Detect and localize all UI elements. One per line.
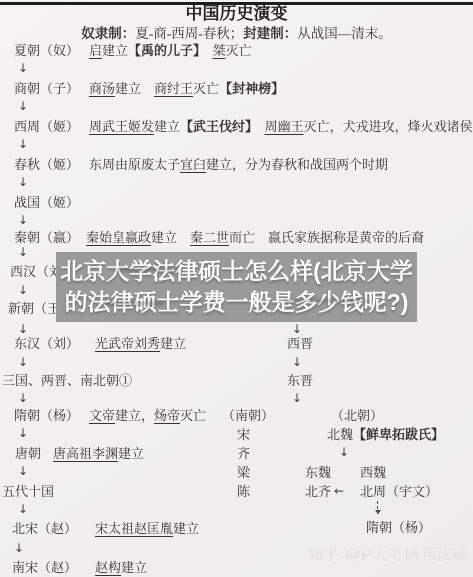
dynasty-nansong: 南宋（赵） <box>12 560 77 575</box>
desc-sui: 文帝建立，炀帝灭亡 <box>89 408 206 423</box>
arrow-down-icon: ↓ <box>18 323 28 336</box>
arrow-down-icon: ↓ <box>18 503 28 516</box>
branch-sui: 隋朝（杨） <box>366 520 431 535</box>
period-sanguo: 三国、两晋、南北朝① <box>2 373 132 388</box>
obscured-text-artifact <box>284 299 370 303</box>
desc-xia: 启建立【禹的儿子】 桀灭亡 <box>89 43 252 58</box>
branch-beiqi: 北齐 <box>305 484 331 499</box>
arrow-down-icon: ↓ <box>18 62 28 75</box>
desc-donghan: 光武帝刘秀建立 <box>95 336 186 351</box>
arrow-down-icon: ↓ <box>18 100 28 113</box>
branch-dongwei: 东魏 <box>305 465 331 480</box>
desc-shang: 商汤建立 商纣王灭亡【封神榜】 <box>89 81 284 96</box>
arrow-down-icon: ↓ <box>14 542 24 555</box>
arrow-down-icon: ↓ <box>292 356 302 369</box>
dynasty-sui: 隋朝（杨） <box>14 408 79 423</box>
arrow-left-icon: ← <box>334 485 344 498</box>
arrow-down-icon: ↓ <box>292 392 302 405</box>
desc-xizhou: 周武王姬发建立【武王伐纣】 周幽王灭亡，犬戎进攻，烽火戏诸侯 <box>89 119 473 134</box>
arrow-down-icon: ↓ <box>18 392 28 405</box>
desc-beisong: 宋太祖赵匡胤建立 <box>95 521 199 536</box>
page-title: 中国历史演变 <box>0 6 473 21</box>
caption-overlay: 北京大学法律硕士怎么样(北京大学 的法律硕士学费一般是多少钱呢?) <box>56 252 417 322</box>
arrow-down-icon: ↓ <box>292 323 302 336</box>
desc-tang: 唐高祖李渊建立 <box>53 446 144 461</box>
subtitle: 奴隶制：夏-商-西周-春秋；封建制：从战国—清末。 <box>0 26 473 41</box>
arrow-down-icon: ↓ <box>18 246 28 259</box>
dynasty-shang: 商朝（子） <box>14 81 79 96</box>
branch-dongjin: 东晋 <box>287 373 313 388</box>
dynasty-tang: 唐朝 <box>15 446 41 461</box>
dynasty-zhanguo: 战国（姬） <box>14 195 79 210</box>
branch-chen: 陈 <box>237 484 250 499</box>
dashed-arrow-down-icon <box>377 501 378 514</box>
arrow-down-icon: ↓ <box>18 284 28 297</box>
branch-beichao-header: （北朝） <box>331 408 383 423</box>
arrow-down-icon: ↓ <box>18 356 28 369</box>
obscured-text-artifact <box>106 301 164 306</box>
dynasty-xia: 夏朝（奴） <box>14 43 79 58</box>
dynasty-beisong: 北宋（赵） <box>12 521 77 536</box>
branch-qi: 齐 <box>237 446 250 461</box>
history-document: 中国历史演变 奴隶制：夏-商-西周-春秋；封建制：从战国—清末。 夏朝（奴） 启… <box>0 0 473 577</box>
period-wudai: 五代十国 <box>2 484 54 499</box>
zhihu-watermark: 知乎 @P大考研邦法硕 <box>308 544 468 565</box>
arrow-down-icon: ↓ <box>18 427 28 440</box>
branch-beiwei: 北魏【鲜卑拓跋氏】 <box>327 427 444 442</box>
branch-beizhou: 北周（宇文） <box>360 484 438 499</box>
branch-song: 宋 <box>237 427 250 442</box>
desc-nansong: 赵构建立 <box>95 560 147 575</box>
desc-chunqiu: 东周由原废太子宜臼建立，分为春秋和战国两个时期 <box>89 157 388 172</box>
dynasty-chunqiu: 春秋（姬） <box>14 157 79 172</box>
obscured-text-artifact <box>114 268 178 272</box>
branch-liang: 梁 <box>237 465 250 480</box>
branch-xijin: 西晋 <box>287 336 313 351</box>
dynasty-qin: 秦朝（嬴） <box>14 230 79 245</box>
dynasty-donghan: 东汉（刘） <box>14 336 79 351</box>
caption-line-1: 北京大学法律硕士怎么样(北京大学 <box>60 256 413 287</box>
desc-qin: 秦始皇嬴政建立 秦二世而亡 嬴氏家族据称是黄帝的后裔 <box>86 230 424 245</box>
arrow-down-icon: ↓ <box>18 138 28 151</box>
arrow-down-icon: ↓ <box>18 214 28 227</box>
branch-nanchao-header: （南朝） <box>222 408 274 423</box>
arrow-down-icon: ↓ <box>18 176 28 189</box>
arrow-down-icon: ↓ <box>18 465 28 478</box>
branch-xiwei: 西魏 <box>360 465 386 480</box>
arrow-down-icon: ↓ <box>339 446 349 459</box>
dynasty-xizhou: 西周（姬） <box>14 119 79 134</box>
